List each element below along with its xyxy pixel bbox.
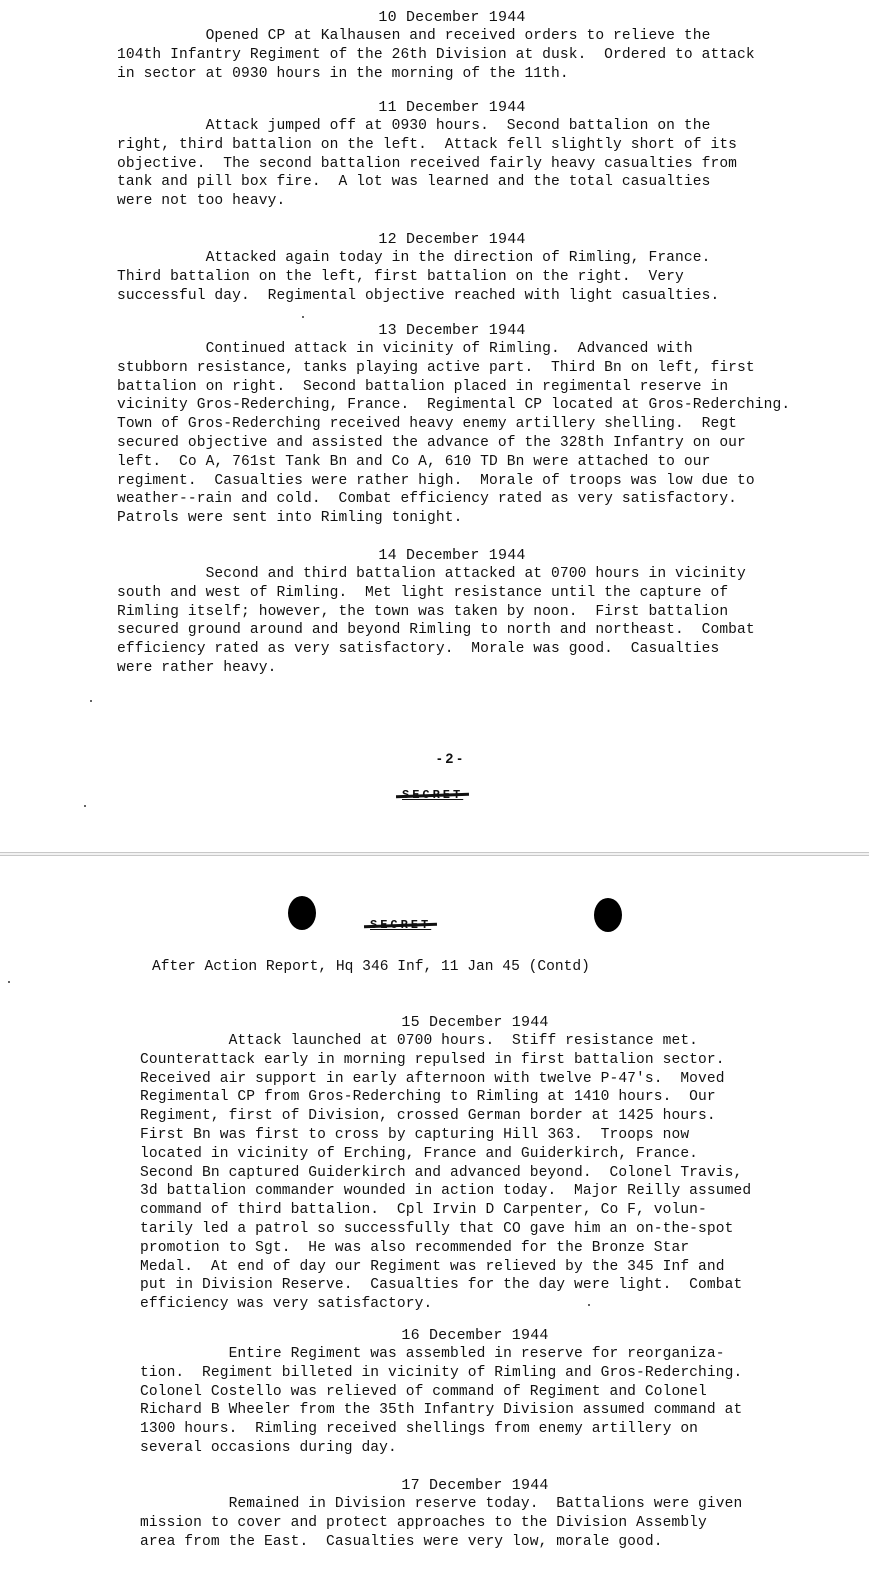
entry-text-line: left. Co A, 761st Tank Bn and Co A, 610 …	[117, 453, 807, 472]
entry-text-line: Second and third battalion attacked at 0…	[117, 565, 807, 584]
entry-text-line: were not too heavy.	[117, 192, 807, 211]
entry-text-line: vicinity Gros-Rederching, France. Regime…	[117, 396, 807, 415]
report-header: After Action Report, Hq 346 Inf, 11 Jan …	[152, 959, 590, 975]
paper-speck	[84, 805, 86, 807]
entry-text-line: stubborn resistance, tanks playing activ…	[117, 359, 807, 378]
entry-text-line: objective. The second battalion received…	[117, 155, 807, 174]
entry-text-line: right, third battalion on the left. Atta…	[117, 136, 807, 155]
entry-text-line: tank and pill box fire. A lot was learne…	[117, 173, 807, 192]
diary-entry: 15 December 1944 Attack launched at 0700…	[140, 1013, 830, 1314]
entry-text-line: Attack launched at 0700 hours. Stiff res…	[140, 1032, 830, 1051]
entry-date: 11 December 1944	[97, 98, 807, 117]
document-page-2: SECRET After Action Report, Hq 346 Inf, …	[0, 856, 869, 1593]
entry-text-line: successful day. Regimental objective rea…	[117, 287, 807, 306]
entry-text-line: Continued attack in vicinity of Rimling.…	[117, 340, 807, 359]
punch-hole-left	[288, 896, 316, 930]
entry-text-line: Attack jumped off at 0930 hours. Second …	[117, 117, 807, 136]
entry-text-line: in sector at 0930 hours in the morning o…	[117, 65, 807, 84]
entry-text-line: First Bn was first to cross by capturing…	[140, 1126, 830, 1145]
entry-text-line: Medal. At end of day our Regiment was re…	[140, 1258, 830, 1277]
diary-entry: 10 December 1944 Opened CP at Kalhausen …	[117, 8, 807, 83]
paper-speck	[302, 316, 304, 318]
punch-hole-right	[594, 898, 622, 932]
page-number: - 2 -	[437, 750, 462, 766]
entry-text-line: Regiment, first of Division, crossed Ger…	[140, 1107, 830, 1126]
entry-text-line: weather--rain and cold. Combat efficienc…	[117, 490, 807, 509]
entry-text-line: put in Division Reserve. Casualties for …	[140, 1276, 830, 1295]
diary-entry: 11 December 1944 Attack jumped off at 09…	[117, 98, 807, 211]
entry-date: 14 December 1944	[97, 546, 807, 565]
entry-text-line: Third battalion on the left, first batta…	[117, 268, 807, 287]
classification-stamp: SECRET	[402, 788, 463, 802]
entry-text-line: Richard B Wheeler from the 35th Infantry…	[140, 1401, 830, 1420]
entry-text-line: 3d battalion commander wounded in action…	[140, 1182, 830, 1201]
entry-text-line: promotion to Sgt. He was also recommende…	[140, 1239, 830, 1258]
paper-speck	[90, 700, 92, 702]
diary-entry: 16 December 1944 Entire Regiment was ass…	[140, 1326, 830, 1458]
entry-text-line: several occasions during day.	[140, 1439, 830, 1458]
entry-text-line: efficiency rated as very satisfactory. M…	[117, 640, 807, 659]
entry-date: 17 December 1944	[120, 1476, 830, 1495]
entry-date: 16 December 1944	[120, 1326, 830, 1345]
entry-text-line: Regimental CP from Gros-Rederching to Ri…	[140, 1088, 830, 1107]
entry-text-line: 104th Infantry Regiment of the 26th Divi…	[117, 46, 807, 65]
entry-text-line: south and west of Rimling. Met light res…	[117, 584, 807, 603]
entry-text-line: Remained in Division reserve today. Batt…	[140, 1495, 830, 1514]
document-page-1: 10 December 1944 Opened CP at Kalhausen …	[0, 0, 869, 852]
entry-text-line: secured ground around and beyond Rimling…	[117, 621, 807, 640]
entry-text-line: Patrols were sent into Rimling tonight.	[117, 509, 807, 528]
entry-text-line: Entire Regiment was assembled in reserve…	[140, 1345, 830, 1364]
classification-stamp: SECRET	[370, 918, 431, 932]
entry-text-line: efficiency was very satisfactory.	[140, 1295, 830, 1314]
entry-text-line: Attacked again today in the direction of…	[117, 249, 807, 268]
entry-text-line: Second Bn captured Guiderkirch and advan…	[140, 1164, 830, 1183]
entry-date: 10 December 1944	[97, 8, 807, 27]
diary-entry: 14 December 1944 Second and third battal…	[117, 546, 807, 678]
diary-entry: 17 December 1944 Remained in Division re…	[140, 1476, 830, 1551]
entry-text-line: Opened CP at Kalhausen and received orde…	[117, 27, 807, 46]
entry-date: 12 December 1944	[97, 230, 807, 249]
entry-text-line: secured objective and assisted the advan…	[117, 434, 807, 453]
diary-entry: 13 December 1944 Continued attack in vic…	[117, 321, 807, 528]
entry-date: 13 December 1944	[97, 321, 807, 340]
entry-text-line: Counterattack early in morning repulsed …	[140, 1051, 830, 1070]
entry-date: 15 December 1944	[120, 1013, 830, 1032]
entry-text-line: Colonel Costello was relieved of command…	[140, 1383, 830, 1402]
entry-text-line: Received air support in early afternoon …	[140, 1070, 830, 1089]
entry-text-line: mission to cover and protect approaches …	[140, 1514, 830, 1533]
entry-text-line: Town of Gros-Rederching received heavy e…	[117, 415, 807, 434]
entry-text-line: 1300 hours. Rimling received shellings f…	[140, 1420, 830, 1439]
entry-text-line: located in vicinity of Erching, France a…	[140, 1145, 830, 1164]
entry-text-line: command of third battalion. Cpl Irvin D …	[140, 1201, 830, 1220]
entry-text-line: battalion on right. Second battalion pla…	[117, 378, 807, 397]
paper-speck	[588, 1304, 590, 1306]
entry-text-line: Rimling itself; however, the town was ta…	[117, 603, 807, 622]
diary-entry: 12 December 1944 Attacked again today in…	[117, 230, 807, 305]
entry-text-line: tarily led a patrol so successfully that…	[140, 1220, 830, 1239]
entry-text-line: regiment. Casualties were rather high. M…	[117, 472, 807, 491]
entry-text-line: were rather heavy.	[117, 659, 807, 678]
paper-speck	[8, 981, 10, 983]
entry-text-line: area from the East. Casualties were very…	[140, 1533, 830, 1552]
entry-text-line: tion. Regiment billeted in vicinity of R…	[140, 1364, 830, 1383]
